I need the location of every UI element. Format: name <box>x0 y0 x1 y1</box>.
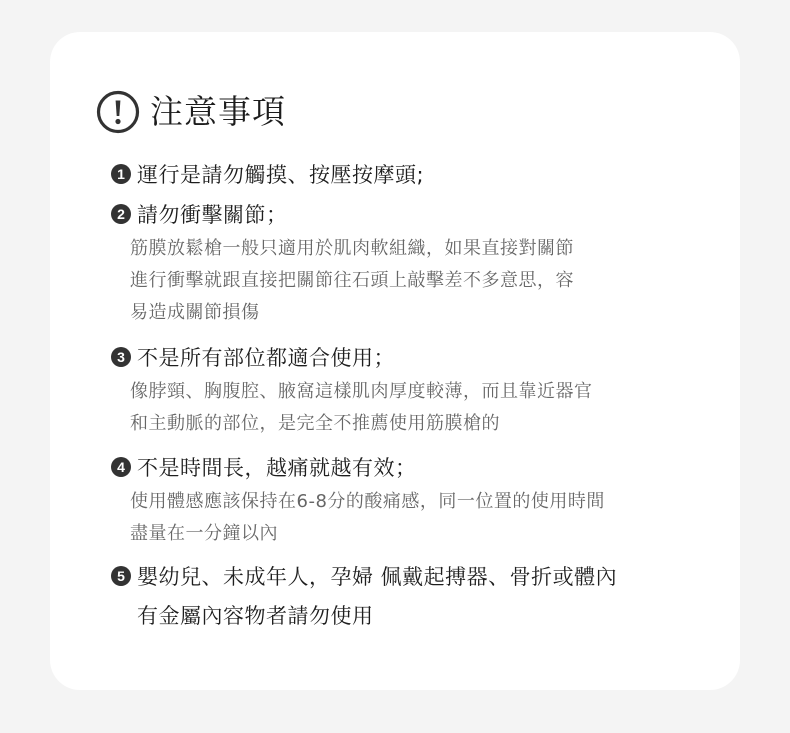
item-heading: 請勿衝擊關節； <box>137 199 288 229</box>
alert-circle-icon <box>96 90 140 134</box>
item-heading: 嬰幼兒、未成年人，孕婦 佩戴起搏器、骨折或體內 <box>137 561 617 591</box>
item-description: 像脖頸、胸腹腔、腋窩這樣肌肉厚度較薄，而且靠近器官 和主動脈的部位，是完全不推薦… <box>130 376 593 440</box>
description-line: 盡量在一分鐘以內 <box>130 518 605 550</box>
number-badge-1: 1 <box>111 164 131 184</box>
description-line: 筋膜放鬆槍一般只適用於肌肉軟組織，如果直接對關節 <box>130 233 574 265</box>
item-heading-continued: 有金屬內容物者請勿使用 <box>137 601 617 631</box>
item-heading-row: 3 不是所有部位都適合使用； <box>111 342 593 372</box>
description-line: 進行衝擊就跟直接把關節往石頭上敲擊差不多意思，容 <box>130 265 574 297</box>
number-badge-5: 5 <box>111 566 131 586</box>
item-heading: 運行是請勿觸摸、按壓按摩頭; <box>137 159 424 189</box>
notice-item-2: 2 請勿衝擊關節； 筋膜放鬆槍一般只適用於肌肉軟組織，如果直接對關節 進行衝擊就… <box>111 199 574 329</box>
notice-item-1: 1 運行是請勿觸摸、按壓按摩頭; <box>111 159 424 189</box>
notice-title: 注意事項 <box>150 90 286 134</box>
number-badge-2: 2 <box>111 204 131 224</box>
notice-item-3: 3 不是所有部位都適合使用； 像脖頸、胸腹腔、腋窩這樣肌肉厚度較薄，而且靠近器官… <box>111 342 593 440</box>
notice-item-5: 5 嬰幼兒、未成年人，孕婦 佩戴起搏器、骨折或體內 有金屬內容物者請勿使用 <box>111 561 617 631</box>
item-description: 使用體感應該保持在6-8分的酸痛感，同一位置的使用時間 盡量在一分鐘以內 <box>130 486 605 550</box>
description-line: 使用體感應該保持在6-8分的酸痛感，同一位置的使用時間 <box>130 486 605 518</box>
item-heading: 不是所有部位都適合使用； <box>137 342 395 372</box>
item-heading-row: 4 不是時間長，越痛就越有效； <box>111 452 605 482</box>
item-heading-row: 1 運行是請勿觸摸、按壓按摩頭; <box>111 159 424 189</box>
number-badge-4: 4 <box>111 457 131 477</box>
notice-card: 注意事項 1 運行是請勿觸摸、按壓按摩頭; 2 請勿衝擊關節； 筋膜放鬆槍一般只… <box>50 32 740 690</box>
number-badge-3: 3 <box>111 347 131 367</box>
item-description: 筋膜放鬆槍一般只適用於肌肉軟組織，如果直接對關節 進行衝擊就跟直接把關節往石頭上… <box>130 233 574 329</box>
description-line: 易造成關節損傷 <box>130 297 574 329</box>
notice-item-4: 4 不是時間長，越痛就越有效； 使用體感應該保持在6-8分的酸痛感，同一位置的使… <box>111 452 605 550</box>
description-line: 像脖頸、胸腹腔、腋窩這樣肌肉厚度較薄，而且靠近器官 <box>130 376 593 408</box>
item-heading-row: 2 請勿衝擊關節； <box>111 199 574 229</box>
notice-header: 注意事項 <box>96 88 286 136</box>
item-heading: 不是時間長，越痛就越有效； <box>137 452 417 482</box>
item-heading-row: 5 嬰幼兒、未成年人，孕婦 佩戴起搏器、骨折或體內 <box>111 561 617 591</box>
description-line: 和主動脈的部位，是完全不推薦使用筋膜槍的 <box>130 408 593 440</box>
